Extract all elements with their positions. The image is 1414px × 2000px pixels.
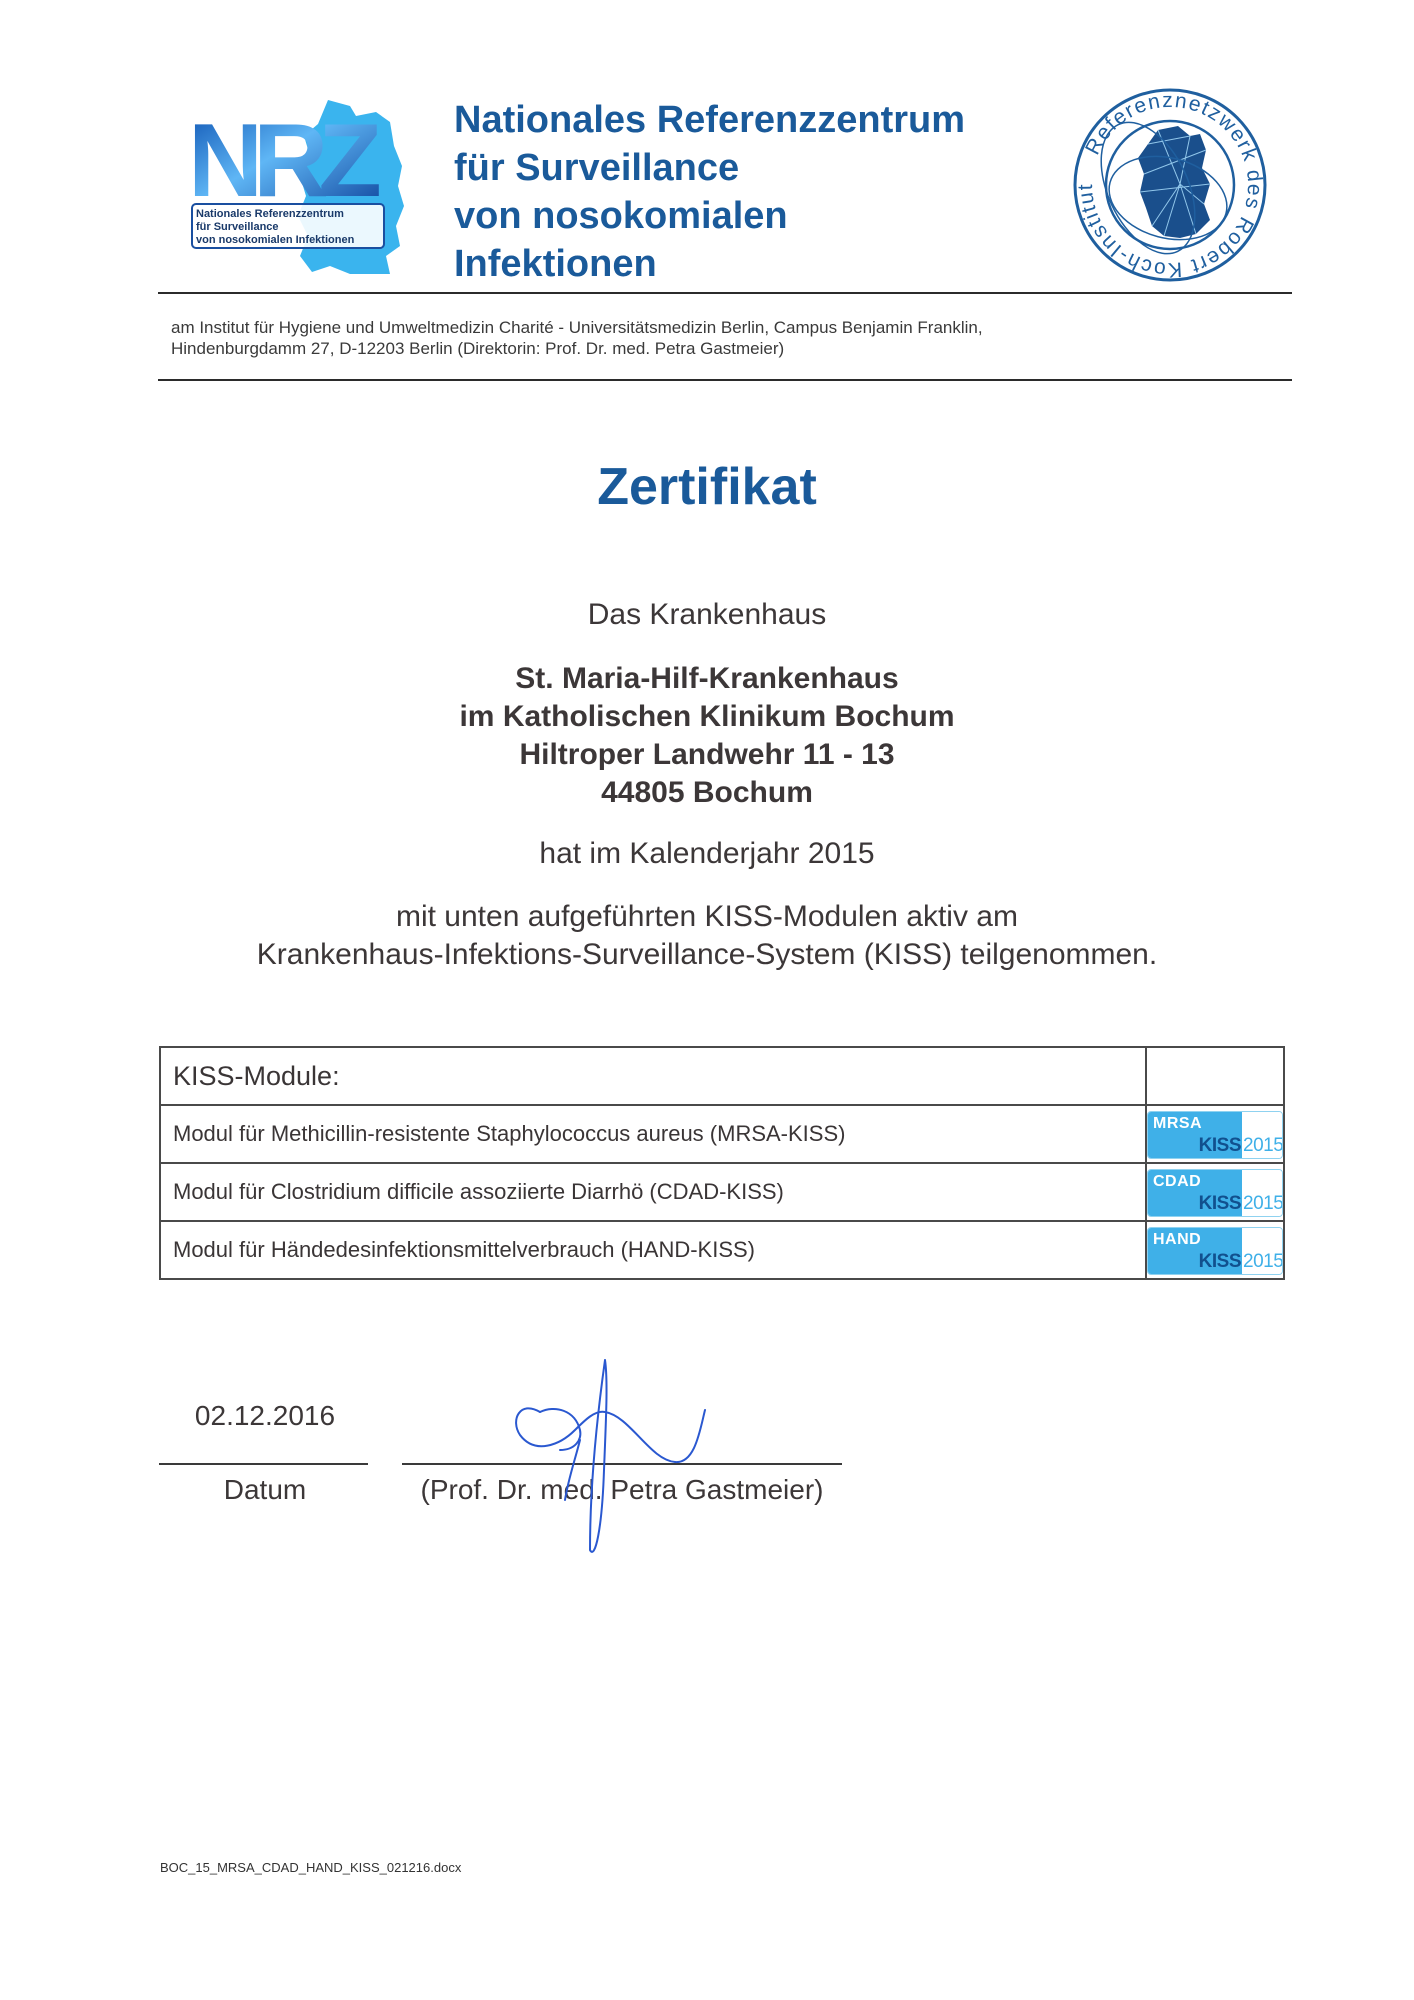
badge-module-code: HAND <box>1153 1231 1201 1249</box>
document-filename: BOC_15_MRSA_CDAD_HAND_KISS_021216.docx <box>160 1860 461 1875</box>
badge-module-code: MRSA <box>1153 1115 1202 1133</box>
module-badge-cell: HANDKISS 2015 <box>1146 1221 1284 1279</box>
handwritten-signature <box>480 1350 740 1570</box>
table-row: Modul für Clostridium difficile assoziie… <box>160 1163 1284 1221</box>
table-row: Modul für Händedesinfektionsmittelverbra… <box>160 1221 1284 1279</box>
institute-line: Hindenburgdamm 27, D-12203 Berlin (Direk… <box>171 338 983 359</box>
signature-icon <box>480 1350 740 1570</box>
hospital-line: im Katholischen Klinikum Bochum <box>0 698 1414 736</box>
badge-module-code: CDAD <box>1153 1173 1201 1191</box>
certificate-title: Zertifikat <box>0 457 1414 517</box>
badge-year: 2015 <box>1243 1135 1283 1157</box>
hand-kiss-badge: HANDKISS 2015 <box>1147 1227 1283 1275</box>
hospital-line: St. Maria-Hilf-Krankenhaus <box>0 660 1414 698</box>
badge-year: 2015 <box>1243 1193 1283 1215</box>
institute-address: am Institut für Hygiene und Umweltmedizi… <box>171 317 983 359</box>
svg-text:von nosokomialen Infektionen: von nosokomialen Infektionen <box>196 234 355 246</box>
svg-text:für Surveillance: für Surveillance <box>196 221 279 233</box>
participation-line: mit unten aufgeführten KISS-Modulen akti… <box>0 898 1414 936</box>
org-title-line: von nosokomialen <box>454 192 965 240</box>
badge-year: 2015 <box>1243 1251 1283 1273</box>
institute-line: am Institut für Hygiene und Umweltmedizi… <box>171 317 983 338</box>
kiss-modules-table: KISS-Module: Modul für Methicillin-resis… <box>159 1046 1285 1280</box>
certificate-intro: Das Krankenhaus <box>0 598 1414 632</box>
participation-text: mit unten aufgeführten KISS-Modulen akti… <box>0 898 1414 974</box>
table-row: Modul für Methicillin-resistente Staphyl… <box>160 1105 1284 1163</box>
module-label: Modul für Clostridium difficile assoziie… <box>160 1163 1146 1221</box>
org-title-line: für Surveillance <box>454 144 965 192</box>
hospital-line: Hiltroper Landwehr 11 - 13 <box>0 736 1414 774</box>
nrz-logo: NRZ Nationales Referenzzentrum für Surve… <box>180 96 420 276</box>
calendar-year-line: hat im Kalenderjahr 2015 <box>0 837 1414 871</box>
rki-seal: Referenznetzwerk des Robert Koch-Institu… <box>1068 88 1272 282</box>
module-label: Modul für Methicillin-resistente Staphyl… <box>160 1105 1146 1163</box>
svg-text:Nationales Referenzzentrum: Nationales Referenzzentrum <box>196 208 344 220</box>
badge-kiss: KISS <box>1199 1135 1241 1157</box>
badge-kiss: KISS <box>1199 1251 1241 1273</box>
header-divider <box>158 379 1292 381</box>
participation-line: Krankenhaus-Infektions-Surveillance-Syst… <box>0 936 1414 974</box>
svg-text:NRZ: NRZ <box>188 103 379 219</box>
hospital-line: 44805 Bochum <box>0 774 1414 812</box>
date-signature-line <box>159 1463 368 1465</box>
module-label: Modul für Händedesinfektionsmittelverbra… <box>160 1221 1146 1279</box>
org-title-line: Nationales Referenzzentrum <box>454 96 965 144</box>
org-title-line: Infektionen <box>454 240 965 288</box>
cdad-kiss-badge: CDADKISS 2015 <box>1147 1169 1283 1217</box>
date-label: Datum <box>160 1474 370 1506</box>
org-title: Nationales Referenzzentrum für Surveilla… <box>454 96 965 288</box>
germany-map-icon: NRZ Nationales Referenzzentrum für Surve… <box>180 96 420 276</box>
module-badge-cell: CDADKISS 2015 <box>1146 1163 1284 1221</box>
table-header-row: KISS-Module: <box>160 1047 1284 1105</box>
hospital-name-address: St. Maria-Hilf-Krankenhaus im Katholisch… <box>0 660 1414 812</box>
date-value: 02.12.2016 <box>160 1400 370 1432</box>
mrsa-kiss-badge: MRSAKISS 2015 <box>1147 1111 1283 1159</box>
module-badge-cell: MRSAKISS 2015 <box>1146 1105 1284 1163</box>
header-divider <box>158 292 1292 294</box>
badge-kiss: KISS <box>1199 1193 1241 1215</box>
seal-icon: Referenznetzwerk des Robert Koch-Institu… <box>1068 88 1272 282</box>
table-header-label: KISS-Module: <box>160 1047 1146 1105</box>
table-header-empty-cell <box>1146 1047 1284 1105</box>
